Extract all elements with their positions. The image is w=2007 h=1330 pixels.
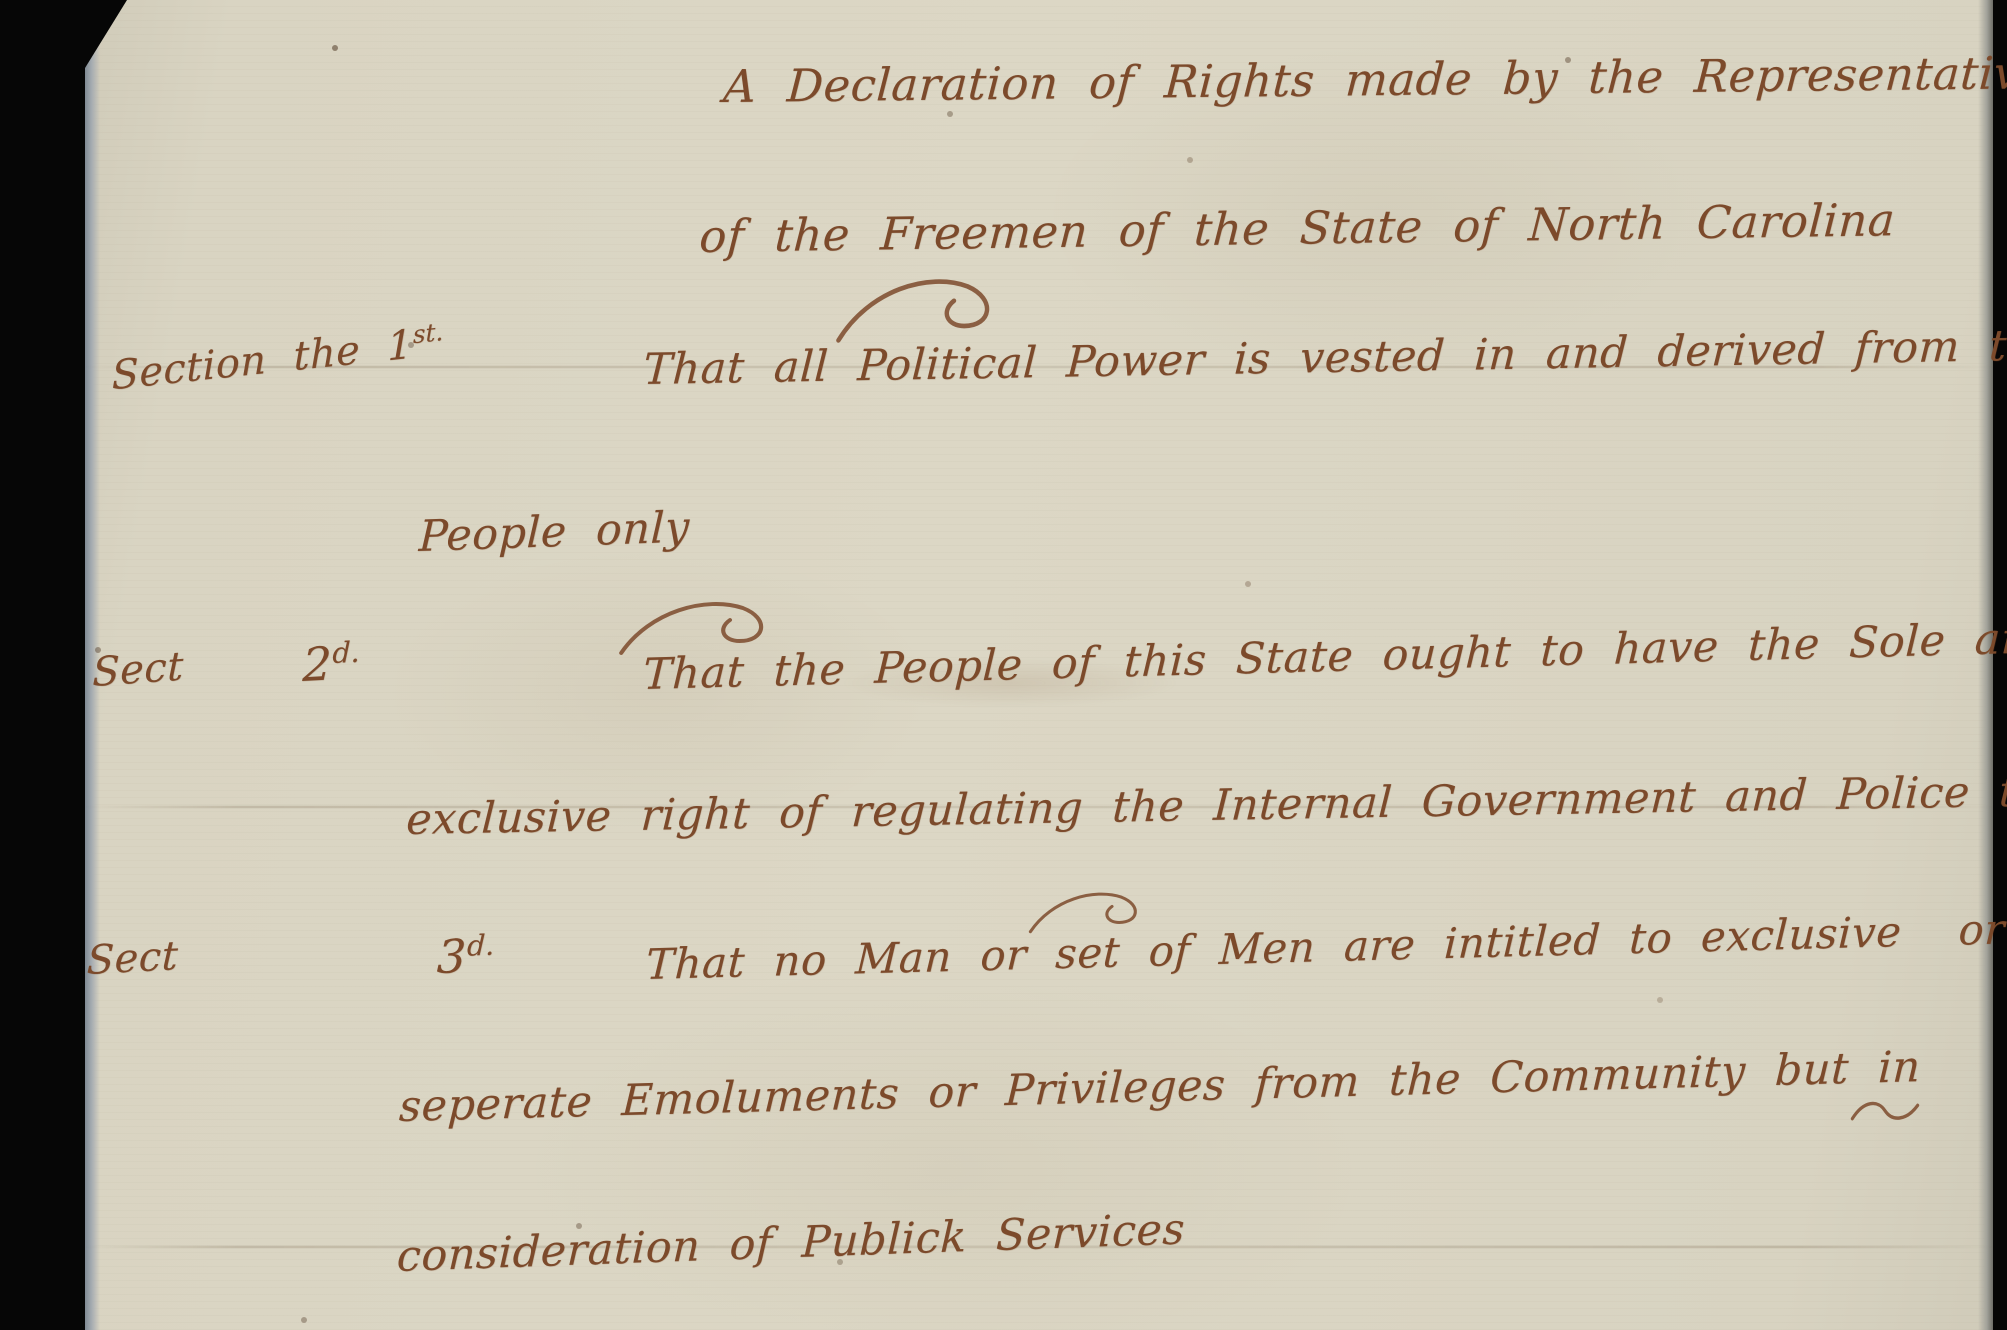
paper-edge-right [1978, 0, 1993, 1330]
section-2-label: Sect [92, 643, 184, 696]
flourish-swash-icon [835, 272, 1005, 344]
manuscript-photo: A Declaration of Rights made by the Repr… [0, 0, 2007, 1330]
dust-specks [0, 0, 4, 4]
section-2-ordinal-suffix: d. [332, 636, 360, 671]
section-3-ordinal-suffix: d. [466, 929, 494, 963]
section-3-number: 3d. [436, 928, 495, 984]
section-1-ordinal-suffix: st. [413, 317, 444, 349]
section-2-number-text: 2 [302, 636, 333, 692]
section-1-body-line-2: People only [418, 502, 691, 562]
section-3-label: Sect [86, 933, 179, 984]
section-3-number-text: 3 [436, 929, 468, 984]
section-2-number: 2d. [302, 635, 360, 692]
flourish-tail-icon [1850, 1092, 1920, 1132]
